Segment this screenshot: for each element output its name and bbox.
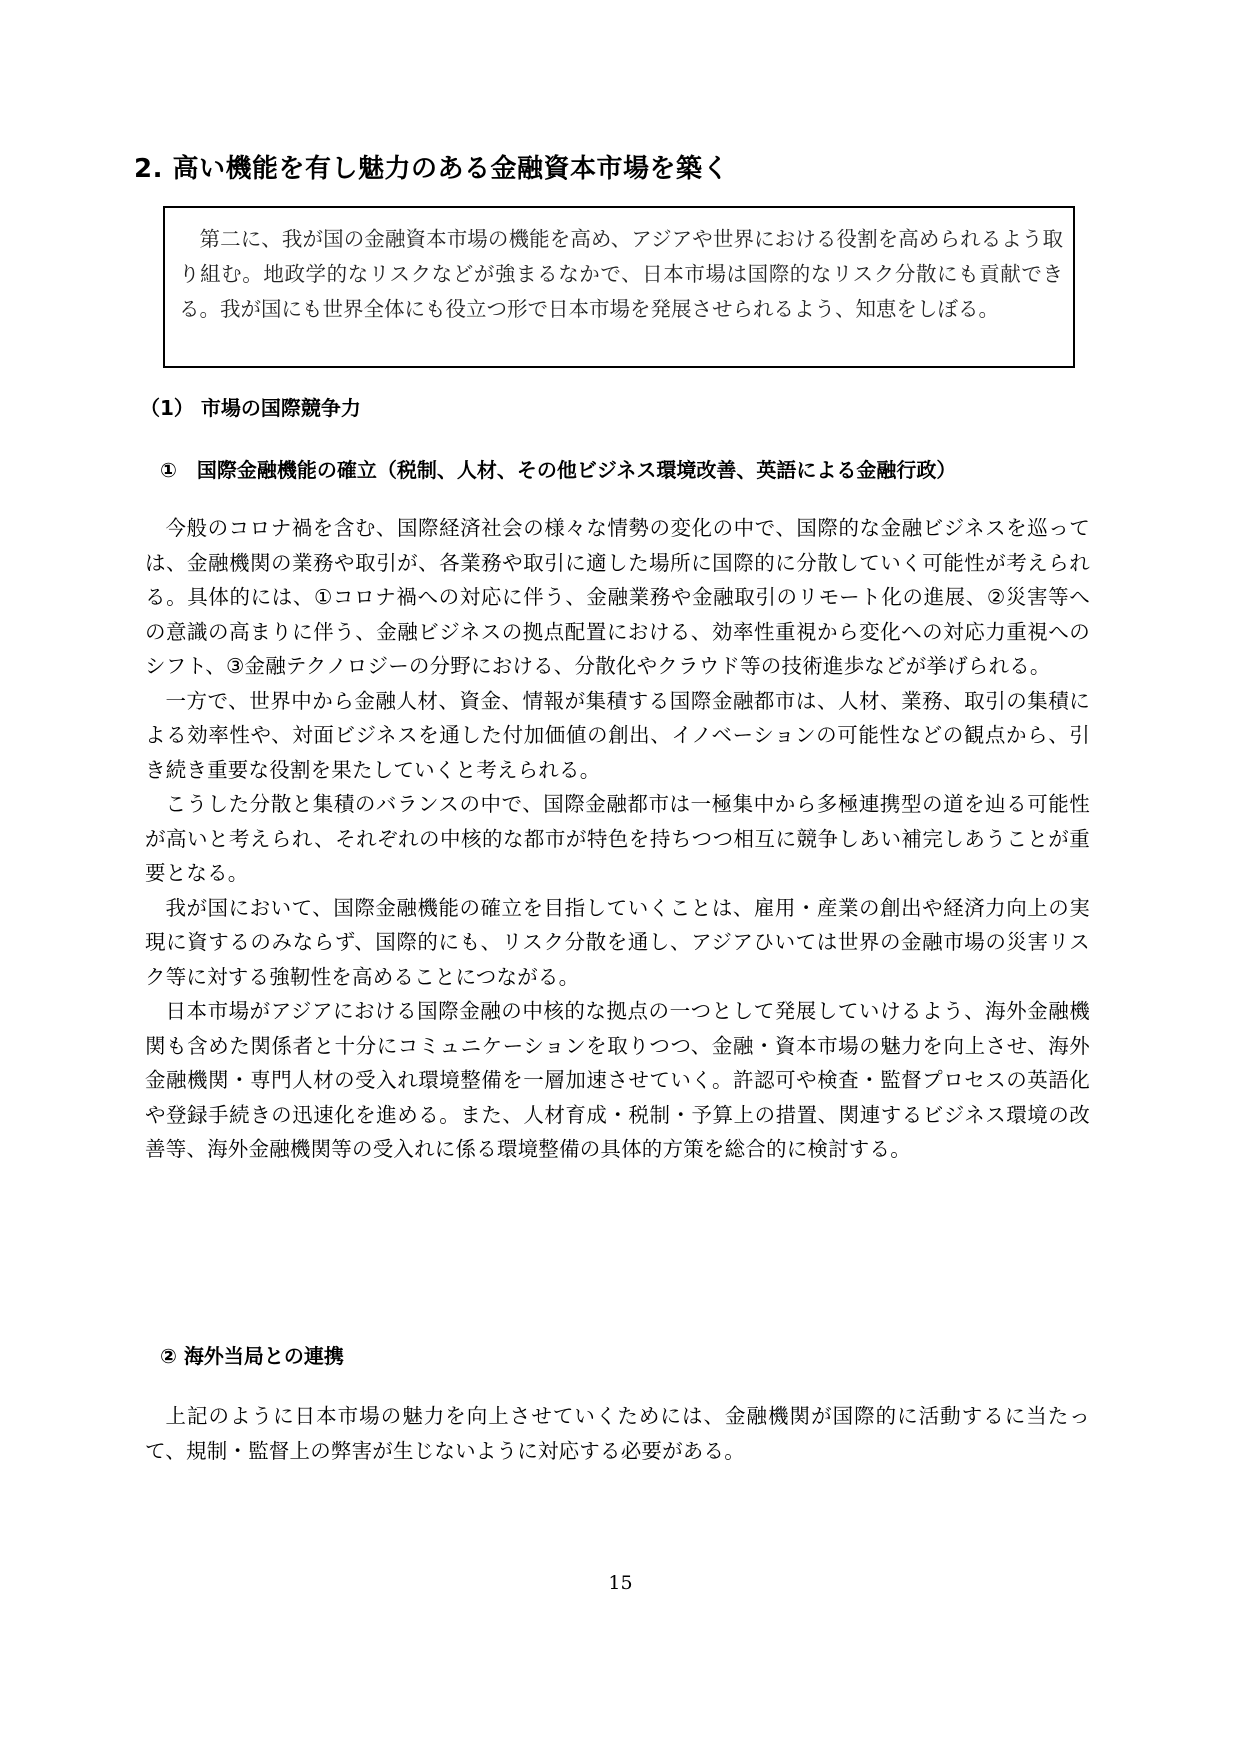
paragraph: 今般のコロナ禍を含む、国際経済社会の様々な情勢の変化の中で、国際的な金融ビジネス… <box>145 511 1090 684</box>
paragraph: 日本市場がアジアにおける国際金融の中核的な拠点の一つとして発展していけるよう、海… <box>145 994 1090 1167</box>
item-heading-2: ② 海外当局との連携 <box>160 1340 344 1369</box>
paragraph: 我が国において、国際金融機能の確立を目指していくことは、雇用・産業の創出や経済力… <box>145 891 1090 995</box>
summary-box: 第二に、我が国の金融資本市場の機能を高め、アジアや世界における役割を高められるよ… <box>163 206 1075 368</box>
item-body-1: 今般のコロナ禍を含む、国際経済社会の様々な情勢の変化の中で、国際的な金融ビジネス… <box>145 511 1090 1167</box>
section-title: 2. 高い機能を有し魅力のある金融資本市場を築く <box>134 148 729 185</box>
item-heading-1: ① 国際金融機能の確立（税制、人材、その他ビジネス環境改善、英語による金融行政） <box>160 454 956 483</box>
paragraph: 上記のように日本市場の魅力を向上させていくためには、金融機関が国際的に活動するに… <box>145 1399 1090 1468</box>
item-body-2: 上記のように日本市場の魅力を向上させていくためには、金融機関が国際的に活動するに… <box>145 1399 1090 1468</box>
document-page: 2. 高い機能を有し魅力のある金融資本市場を築く 第二に、我が国の金融資本市場の… <box>0 0 1241 1754</box>
subsection-heading: （1） 市場の国際競争力 <box>140 392 361 421</box>
page-number: 15 <box>0 1572 1241 1594</box>
paragraph: 一方で、世界中から金融人材、資金、情報が集積する国際金融都市は、人材、業務、取引… <box>145 684 1090 788</box>
paragraph: こうした分散と集積のバランスの中で、国際金融都市は一極集中から多極連携型の道を辿… <box>145 787 1090 891</box>
summary-text: 第二に、我が国の金融資本市場の機能を高め、アジアや世界における役割を高められるよ… <box>179 222 1063 327</box>
